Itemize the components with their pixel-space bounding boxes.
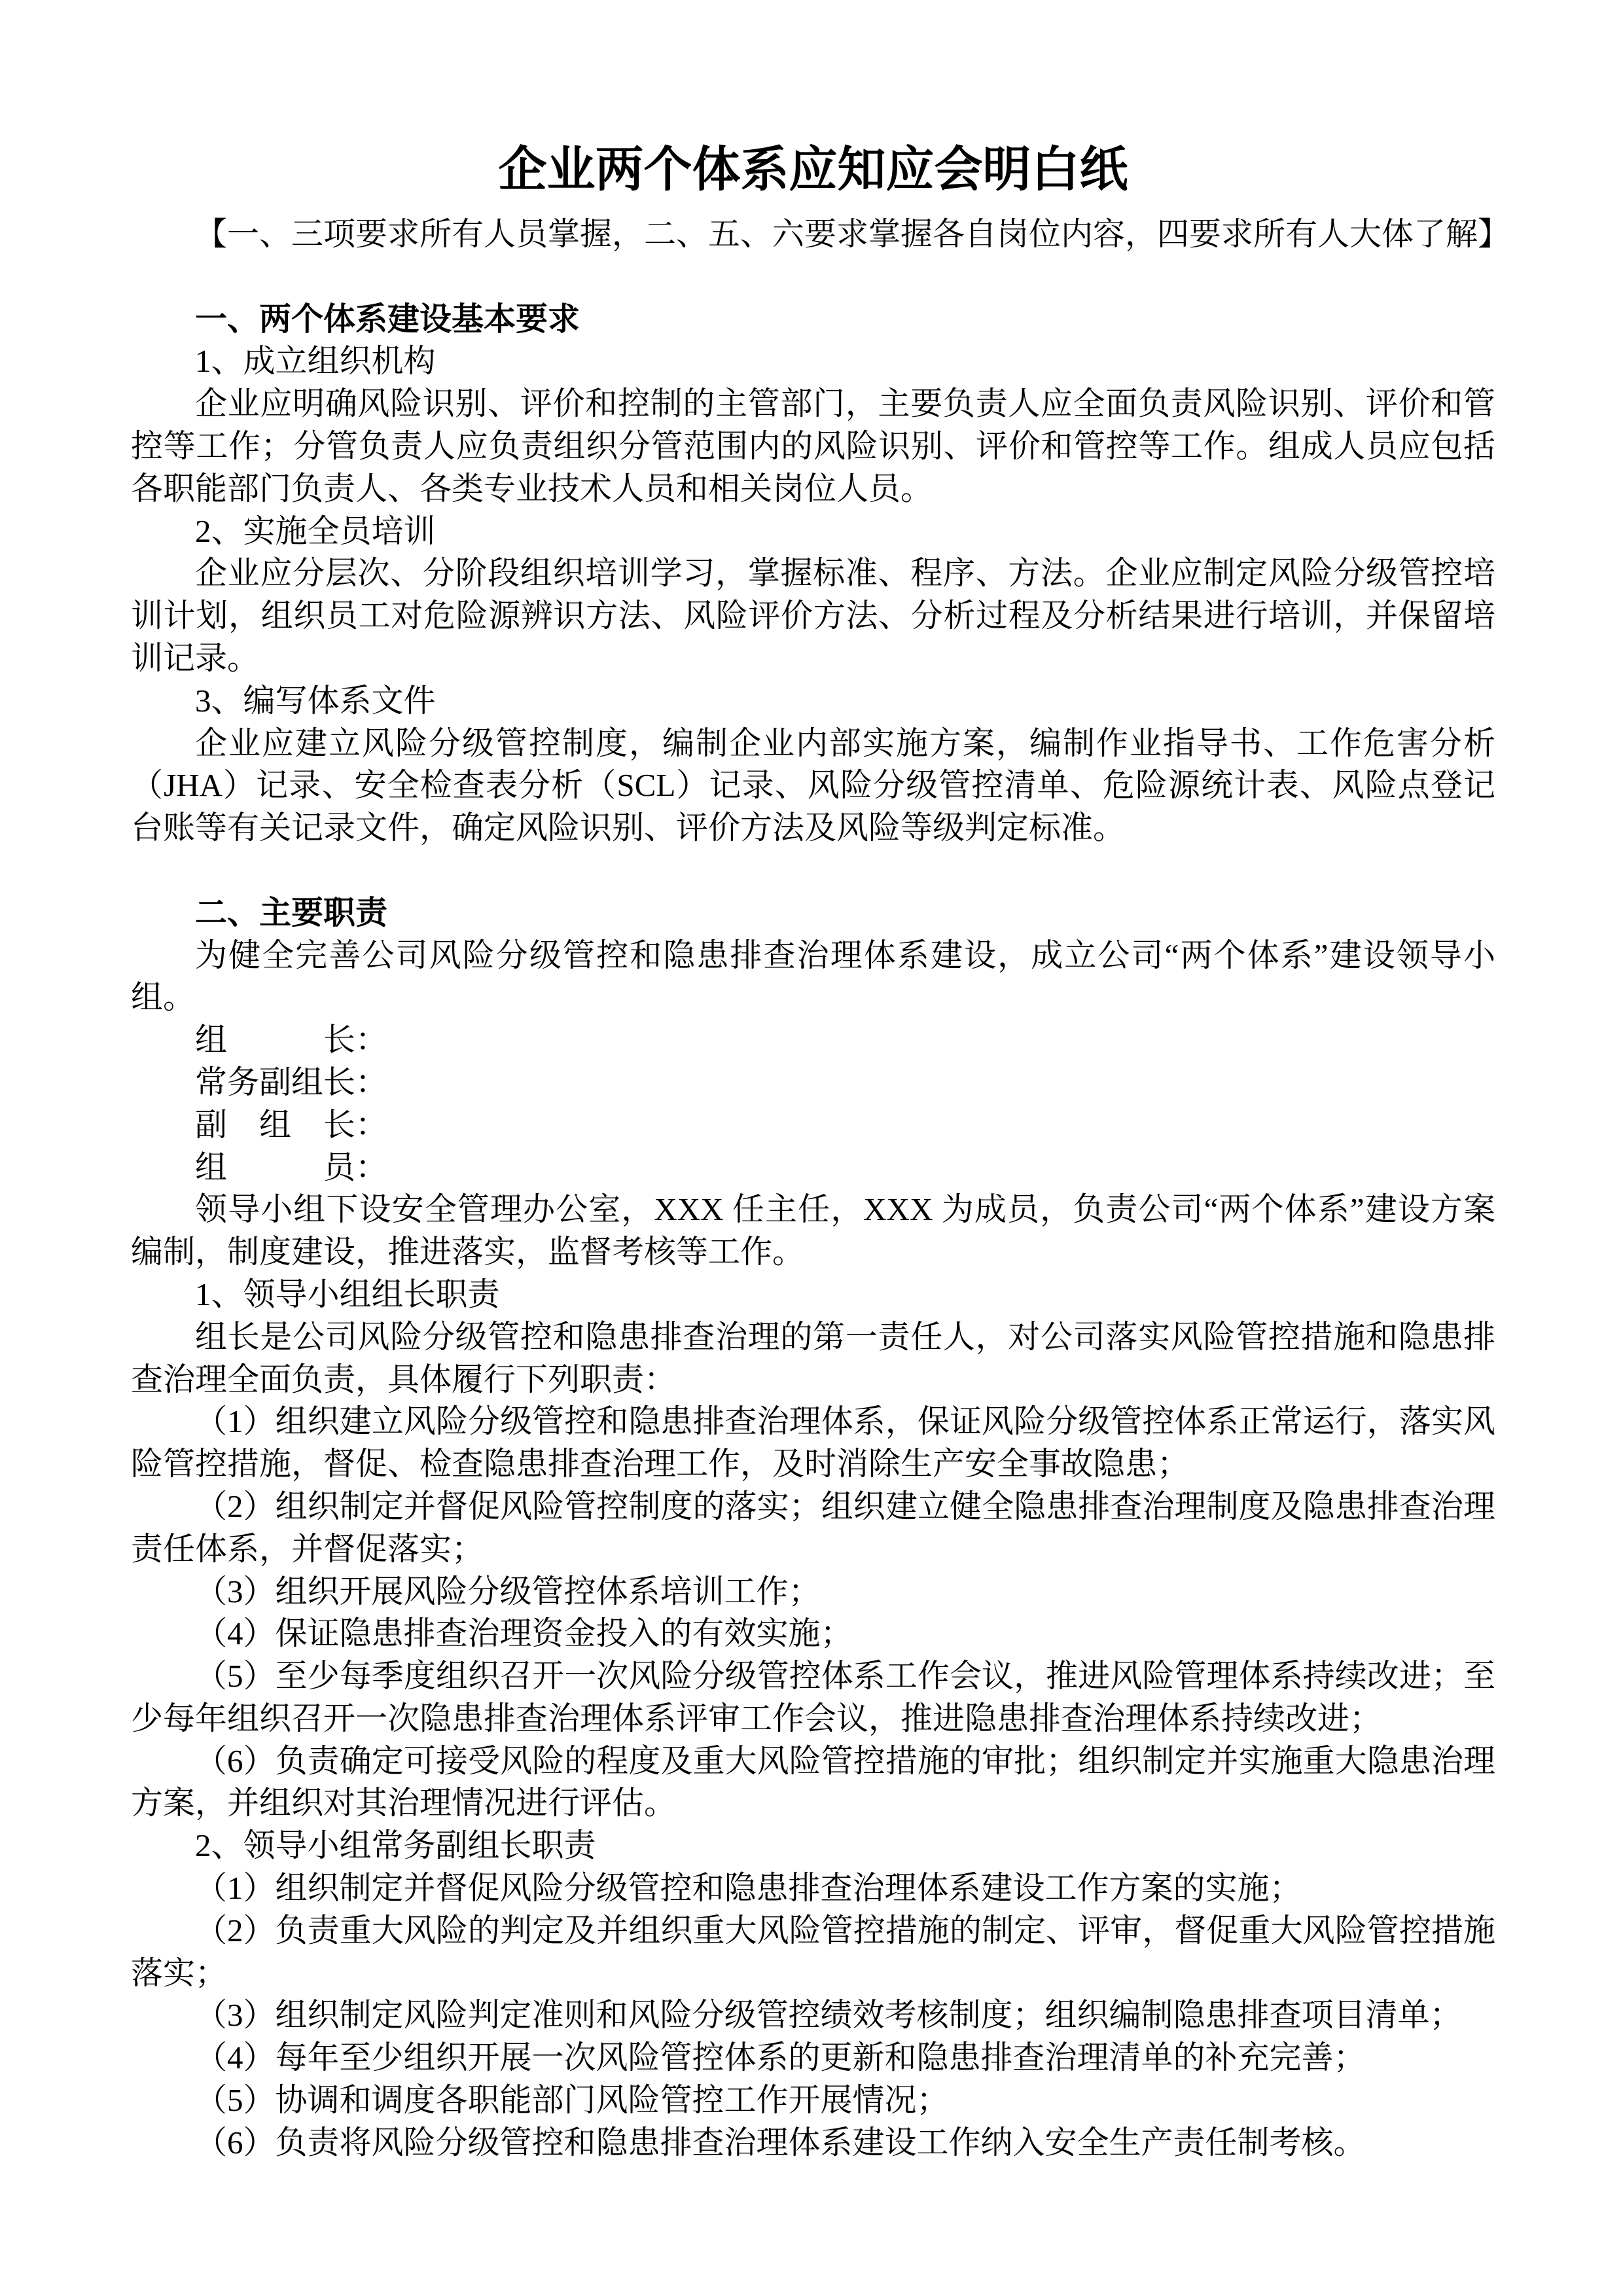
list-item: （1）组织制定并督促风险分级管控和隐患排查治理体系建设工作方案的实施； xyxy=(131,1867,1495,1910)
list-item: （3）组织制定风险判定准则和风险分级管控绩效考核制度；组织编制隐患排查项目清单； xyxy=(131,1994,1495,2037)
paragraph: 企业应分层次、分阶段组织培训学习，掌握标准、程序、方法。企业应制定风险分级管控培… xyxy=(131,552,1495,679)
item-heading-1-1: 1、成立组织机构 xyxy=(131,340,1495,383)
document-page: 企业两个体系应知应会明白纸【一、三项要求所有人员掌握，二、五、六要求掌握各自岗位… xyxy=(0,0,1623,2296)
list-item: （4）保证隐患排查治理资金投入的有效实施； xyxy=(131,1613,1495,1655)
list-item: （6）负责确定可接受风险的程度及重大风险管控措施的审批；组织制定并实施重大隐患治… xyxy=(131,1740,1495,1825)
list-item: （5）协调和调度各职能部门风险管控工作开展情况； xyxy=(131,2079,1495,2122)
blank-line xyxy=(131,256,1495,298)
list-item: （5）至少每季度组织召开一次风险分级管控体系工作会议，推进风险管理体系持续改进；… xyxy=(131,1655,1495,1740)
document-body: 企业两个体系应知应会明白纸【一、三项要求所有人员掌握，二、五、六要求掌握各自岗位… xyxy=(131,136,1495,2164)
document-title: 企业两个体系应知应会明白纸 xyxy=(131,136,1495,205)
item-heading-2-2: 2、领导小组常务副组长职责 xyxy=(131,1825,1495,1867)
role-line-leader: 组 长： xyxy=(131,1019,1495,1062)
role-line-executive-deputy: 常务副组长： xyxy=(131,1062,1495,1104)
list-item: （2）组织制定并督促风险管控制度的落实；组织建立健全隐患排查治理制度及隐患排查治… xyxy=(131,1486,1495,1571)
item-heading-2-1: 1、领导小组组长职责 xyxy=(131,1274,1495,1316)
intro-note: 【一、三项要求所有人员掌握，二、五、六要求掌握各自岗位内容，四要求所有人大体了解… xyxy=(131,213,1495,256)
list-item: （4）每年至少组织开展一次风险管控体系的更新和隐患排查治理清单的补充完善； xyxy=(131,2037,1495,2079)
blank-line xyxy=(131,850,1495,892)
list-item: （1）组织建立风险分级管控和隐患排查治理体系，保证风险分级管控体系正常运行，落实… xyxy=(131,1401,1495,1486)
item-heading-1-3: 3、编写体系文件 xyxy=(131,680,1495,723)
role-line-deputy: 副 组 长： xyxy=(131,1104,1495,1147)
section-2-heading: 二、主要职责 xyxy=(131,892,1495,935)
paragraph: 企业应建立风险分级管控制度，编制企业内部实施方案，编制作业指导书、工作危害分析（… xyxy=(131,723,1495,850)
role-line-members: 组 员： xyxy=(131,1147,1495,1189)
section-1-heading: 一、两个体系建设基本要求 xyxy=(131,298,1495,341)
paragraph: 组长是公司风险分级管控和隐患排查治理的第一责任人，对公司落实风险管控措施和隐患排… xyxy=(131,1316,1495,1401)
list-item: （2）负责重大风险的判定及并组织重大风险管控措施的制定、评审，督促重大风险管控措… xyxy=(131,1910,1495,1995)
paragraph: 领导小组下设安全管理办公室，XXX 任主任，XXX 为成员，负责公司“两个体系”… xyxy=(131,1189,1495,1274)
list-item: （6）负责将风险分级管控和隐患排查治理体系建设工作纳入安全生产责任制考核。 xyxy=(131,2122,1495,2164)
paragraph: 为健全完善公司风险分级管控和隐患排查治理体系建设，成立公司“两个体系”建设领导小… xyxy=(131,935,1495,1020)
paragraph: 企业应明确风险识别、评价和控制的主管部门，主要负责人应全面负责风险识别、评价和管… xyxy=(131,383,1495,510)
item-heading-1-2: 2、实施全员培训 xyxy=(131,511,1495,553)
list-item: （3）组织开展风险分级管控体系培训工作； xyxy=(131,1571,1495,1613)
